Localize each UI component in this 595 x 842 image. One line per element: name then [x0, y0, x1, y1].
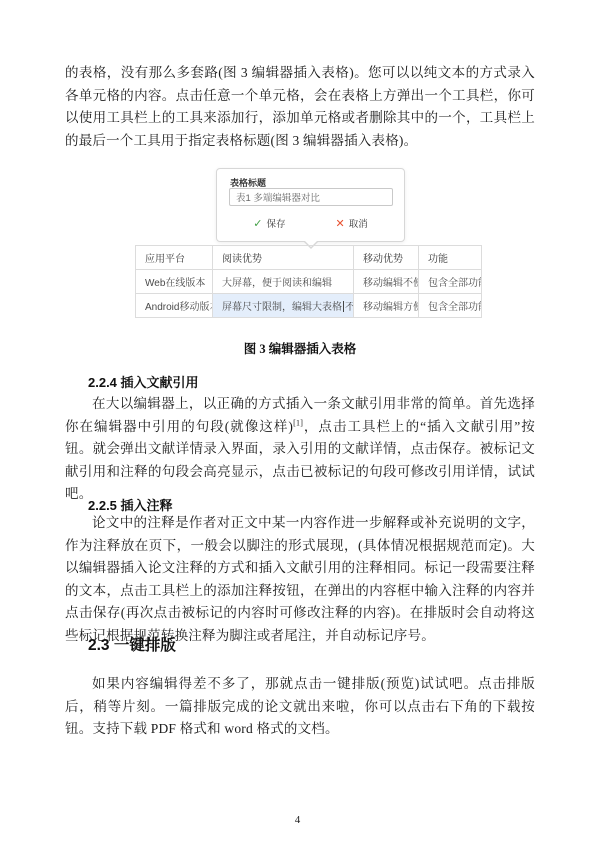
document-page: 的表格，没有那么多套路(图 3 编辑器插入表格)。您可以以纯文本的方式录入各单元… — [0, 0, 595, 842]
table-cell-highlighted: 屏幕尺寸限制，编辑大表格不便 — [213, 294, 354, 318]
table-row: Web在线版本 大屏幕，便于阅读和编辑 移动编辑不便 包含全部功能 — [136, 270, 482, 294]
table-cell: 包含全部功能 — [419, 294, 482, 318]
table-title-input — [229, 188, 393, 206]
figure-caption: 图 3 编辑器插入表格 — [65, 339, 535, 357]
check-icon: ✓ — [253, 217, 262, 230]
save-button-label: 保存 — [266, 216, 285, 230]
x-icon: ✕ — [336, 217, 345, 230]
section-paragraph-2-2-4: 在大以编辑器上，以正确的方式插入一条文献引用非常的简单。首先选择你在编辑器中引用… — [65, 393, 535, 506]
table-cell: 大屏幕，便于阅读和编辑 — [213, 270, 354, 294]
cancel-button: ✕ 取消 — [336, 216, 368, 230]
page-number: 4 — [0, 814, 595, 826]
comparison-table: 应用平台 阅读优势 移动优势 功能 Web在线版本 大屏幕，便于阅读和编辑 移动… — [135, 245, 482, 318]
section-heading-2-3: 2.3 一键排版 — [88, 633, 176, 655]
header-cell: 功能 — [419, 246, 482, 270]
save-button: ✓ 保存 — [253, 216, 285, 230]
table-row: Android移动版本 屏幕尺寸限制，编辑大表格不便 移动编辑方便 包含全部功能 — [136, 294, 482, 318]
section-heading-2-2-4: 2.2.4 插入文献引用 — [88, 372, 199, 391]
text-caret — [343, 301, 344, 312]
citation-superscript: [1] — [293, 418, 303, 427]
table-cell: 移动编辑不便 — [354, 270, 419, 294]
section-paragraph-2-3: 如果内容编辑得差不多了，那就点击一键排版(预览)试试吧。点击排版后，稍等片刻。一… — [65, 673, 535, 741]
cell-text-before-caret: 屏幕尺寸限制，编辑大表格 — [222, 302, 342, 313]
table-cell: Android移动版本 — [136, 294, 213, 318]
cell-text-after-caret: 不便 — [345, 302, 354, 313]
table-cell: 移动编辑方便 — [354, 294, 419, 318]
table-title-popup: 表格标题 ✓ 保存 ✕ 取消 — [216, 168, 405, 242]
header-cell: 阅读优势 — [213, 246, 354, 270]
table-header-row: 应用平台 阅读优势 移动优势 功能 — [136, 246, 482, 270]
cancel-button-label: 取消 — [349, 216, 368, 230]
popup-actions: ✓ 保存 ✕ 取消 — [217, 216, 404, 230]
table-cell: 包含全部功能 — [419, 270, 482, 294]
header-cell: 移动优势 — [354, 246, 419, 270]
header-cell: 应用平台 — [136, 246, 213, 270]
section-paragraph-2-2-5: 论文中的注释是作者对正文中某一内容作进一步解释或补充说明的文字，作为注释放在页下… — [65, 512, 535, 647]
table-cell: Web在线版本 — [136, 270, 213, 294]
figure-editor-table-screenshot: 表格标题 ✓ 保存 ✕ 取消 应用平台 阅读优势 移动优势 功能 — [135, 168, 481, 310]
intro-paragraph: 的表格，没有那么多套路(图 3 编辑器插入表格)。您可以以纯文本的方式录入各单元… — [65, 62, 535, 152]
